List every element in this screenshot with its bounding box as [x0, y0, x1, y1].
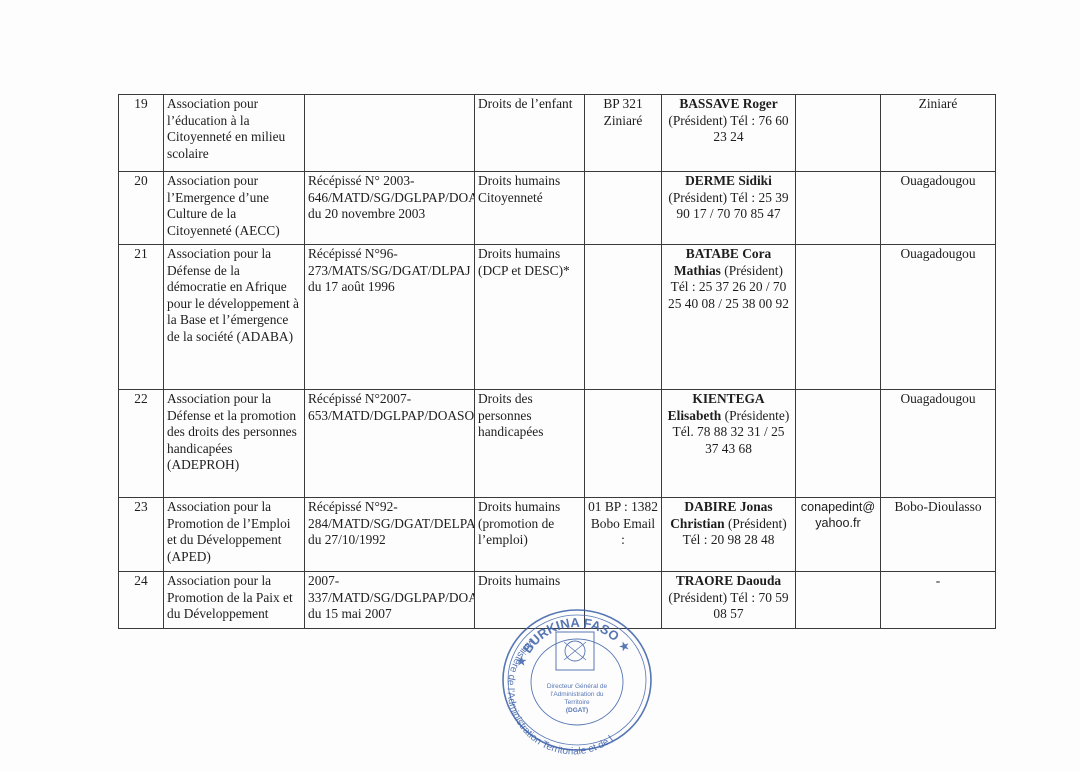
postal-address — [585, 172, 662, 245]
table-row: 22Association pour la Défense et la prom… — [119, 390, 996, 498]
leader-contact: BASSAVE Roger (Président) Tél : 76 60 23… — [662, 95, 796, 172]
document-page: 19Association pour l’éducation à la Cito… — [0, 0, 1080, 772]
postal-address — [585, 572, 662, 629]
stamp-inner-line: Directeur Général de — [547, 683, 608, 690]
row-number: 21 — [119, 245, 164, 390]
associations-table: 19Association pour l’éducation à la Cito… — [118, 94, 996, 629]
city: - — [881, 572, 996, 629]
leader-name: DERME Sidiki — [685, 173, 772, 188]
recepisse-reference: Récépissé N° 2003-646/MATD/SG/DGLPAP/DOA… — [305, 172, 475, 245]
recepisse-reference: Récépissé N°92-284/MATD/SG/DGAT/DELPAJ d… — [305, 498, 475, 572]
association-name: Association pour la Défense et la promot… — [164, 390, 305, 498]
table-row: 19Association pour l’éducation à la Cito… — [119, 95, 996, 172]
recepisse-reference: 2007-337/MATD/SG/DGLPAP/DOASOC du 15 mai… — [305, 572, 475, 629]
row-number: 19 — [119, 95, 164, 172]
domain-of-action: Droits de l’enfant — [475, 95, 585, 172]
leader-contact: TRAORE Daouda (Président) Tél : 70 59 08… — [662, 572, 796, 629]
email-address — [796, 245, 881, 390]
city: Ouagadougou — [881, 390, 996, 498]
row-number: 22 — [119, 390, 164, 498]
row-number: 20 — [119, 172, 164, 245]
domain-of-action: Droits humains (promotion de l’emploi) — [475, 498, 585, 572]
leader-details: (Président) Tél : 70 59 08 57 — [668, 590, 788, 622]
email-address — [796, 390, 881, 498]
recepisse-reference: Récépissé N°2007-653/MATD/DGLPAP/DOASOC — [305, 390, 475, 498]
table-row: 20Association pour l’Emergence d’une Cul… — [119, 172, 996, 245]
domain-of-action: Droits humains Citoyenneté — [475, 172, 585, 245]
email-address — [796, 95, 881, 172]
leader-contact: BATABE Cora Mathias (Président) Tél : 25… — [662, 245, 796, 390]
leader-name: BASSAVE Roger — [679, 96, 777, 111]
city: Ziniaré — [881, 95, 996, 172]
leader-details: (Président) Tél : 25 39 90 17 / 70 70 85… — [668, 190, 788, 222]
postal-address — [585, 390, 662, 498]
row-number: 23 — [119, 498, 164, 572]
stamp-inner-line: l’Administration du — [550, 691, 603, 698]
leader-contact: KIENTEGA Elisabeth (Présidente) Tél. 78 … — [662, 390, 796, 498]
city: Bobo-Dioulasso — [881, 498, 996, 572]
recepisse-reference — [305, 95, 475, 172]
association-name: Association pour la Promotion de l’Emplo… — [164, 498, 305, 572]
postal-address — [585, 245, 662, 390]
leader-details: (Président) Tél : 76 60 23 24 — [668, 113, 788, 145]
email-address: conapedint@yahoo.fr — [796, 498, 881, 572]
email-address — [796, 572, 881, 629]
domain-of-action: Droits des personnes handicapées — [475, 390, 585, 498]
row-number: 24 — [119, 572, 164, 629]
postal-address: BP 321 Ziniaré — [585, 95, 662, 172]
postal-address: 01 BP : 1382 Bobo Email : — [585, 498, 662, 572]
stamp-inner-line: (DGAT) — [566, 707, 588, 714]
leader-contact: DABIRE Jonas Christian (Président) Tél :… — [662, 498, 796, 572]
association-name: Association pour l’éducation à la Citoye… — [164, 95, 305, 172]
association-name: Association pour la Promotion de la Paix… — [164, 572, 305, 629]
email-address — [796, 172, 881, 245]
city: Ouagadougou — [881, 245, 996, 390]
recepisse-reference: Récépissé N°96-273/MATS/SG/DGAT/DLPAJ du… — [305, 245, 475, 390]
table-row: 24Association pour la Promotion de la Pa… — [119, 572, 996, 629]
domain-of-action: Droits humains (DCP et DESC)* — [475, 245, 585, 390]
association-name: Association pour l’Emergence d’une Cultu… — [164, 172, 305, 245]
table-row: 23Association pour la Promotion de l’Emp… — [119, 498, 996, 572]
city: Ouagadougou — [881, 172, 996, 245]
stamp-inner-line: Territoire — [564, 699, 590, 706]
table-row: 21Association pour la Défense de la démo… — [119, 245, 996, 390]
leader-contact: DERME Sidiki (Président) Tél : 25 39 90 … — [662, 172, 796, 245]
leader-name: TRAORE Daouda — [676, 573, 781, 588]
domain-of-action: Droits humains — [475, 572, 585, 629]
association-name: Association pour la Défense de la démocr… — [164, 245, 305, 390]
